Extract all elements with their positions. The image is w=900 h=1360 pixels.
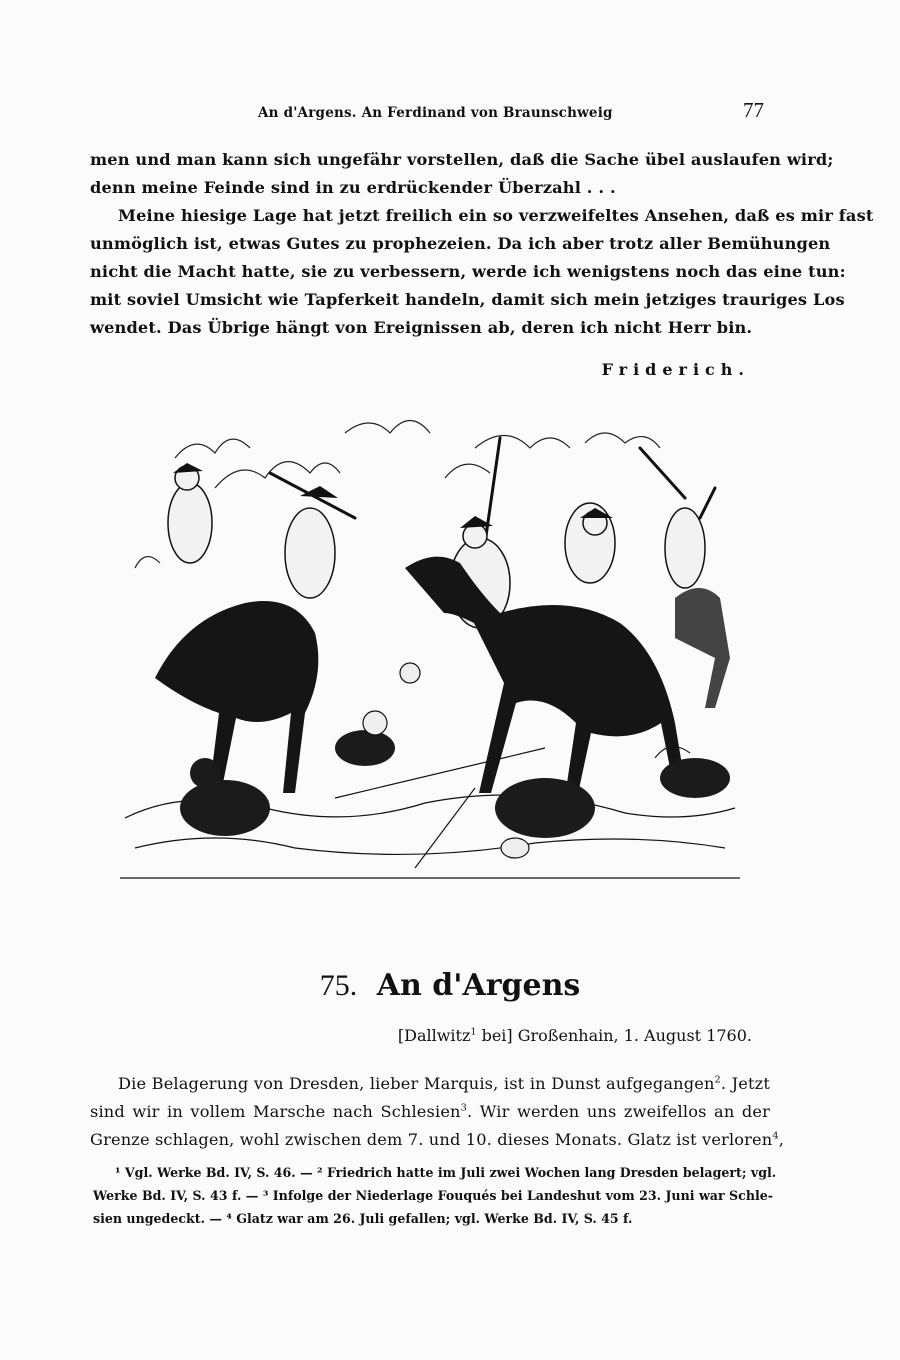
footnote-line: ¹ Vgl. Werke Bd. IV, S. 46. — ² Friedric… [93, 1161, 773, 1184]
page-number: 77 [743, 98, 764, 123]
running-title: An d'Argens. An Ferdinand von Braunschwe… [258, 105, 613, 121]
text-line: men und man kann sich ungefähr vorstelle… [90, 146, 770, 174]
text-span: . Jetzt [721, 1074, 770, 1093]
dateline-suffix: bei] Großenhain, 1. August 1760. [477, 1026, 753, 1045]
letter-number: 75. [320, 969, 358, 1002]
text-line: Grenze schlagen, wohl zwischen dem 7. un… [90, 1126, 770, 1154]
text-span: sind wir in vollem Marsche nach Schlesie… [90, 1102, 461, 1121]
text-span: Die Belagerung von Dresden, lieber Marqu… [118, 1074, 715, 1093]
text-line: unmöglich ist, etwas Gutes zu prophezeie… [90, 230, 770, 258]
dateline-prefix: [Dallwitz [398, 1026, 471, 1045]
text-line: Meine hiesige Lage hat jetzt freilich ei… [90, 202, 770, 230]
text-span: . Wir werden uns zweifellos an der [467, 1102, 770, 1121]
letter-body: Die Belagerung von Dresden, lieber Marqu… [90, 1070, 770, 1154]
battle-illustration [115, 418, 745, 893]
text-line: nicht die Macht hatte, sie zu verbessern… [90, 258, 770, 286]
text-span: , [779, 1130, 784, 1149]
continued-paragraph-2: Meine hiesige Lage hat jetzt freilich ei… [90, 202, 770, 342]
letter-heading: 75. An d'Argens [0, 968, 900, 1003]
text-line: Die Belagerung von Dresden, lieber Marqu… [90, 1070, 770, 1098]
book-page: An d'Argens. An Ferdinand von Braunschwe… [0, 0, 900, 1360]
continued-paragraph-1: men und man kann sich ungefähr vorstelle… [90, 146, 770, 202]
text-line: wendet. Das Übrige hängt von Ereignissen… [90, 314, 770, 342]
text-line: denn meine Feinde sind in zu erdrückende… [90, 174, 770, 202]
footnotes: ¹ Vgl. Werke Bd. IV, S. 46. — ² Friedric… [93, 1161, 773, 1230]
footnote-line: Werke Bd. IV, S. 43 f. — ³ Infolge der N… [93, 1184, 773, 1207]
text-span: Grenze schlagen, wohl zwischen dem 7. un… [90, 1130, 772, 1149]
text-line: sind wir in vollem Marsche nach Schlesie… [90, 1098, 770, 1126]
running-head: An d'Argens. An Ferdinand von Braunschwe… [258, 98, 768, 123]
text-line: mit soviel Umsicht wie Tapferkeit handel… [90, 286, 770, 314]
dateline: [Dallwitz1 bei] Großenhain, 1. August 17… [398, 1026, 752, 1045]
signature: Friderich. [602, 360, 750, 379]
letter-title: An d'Argens [377, 968, 581, 1003]
cavalry-battle-engraving-icon [115, 418, 745, 893]
footnote-line: sien ungedeckt. — ⁴ Glatz war am 26. Jul… [93, 1207, 773, 1230]
